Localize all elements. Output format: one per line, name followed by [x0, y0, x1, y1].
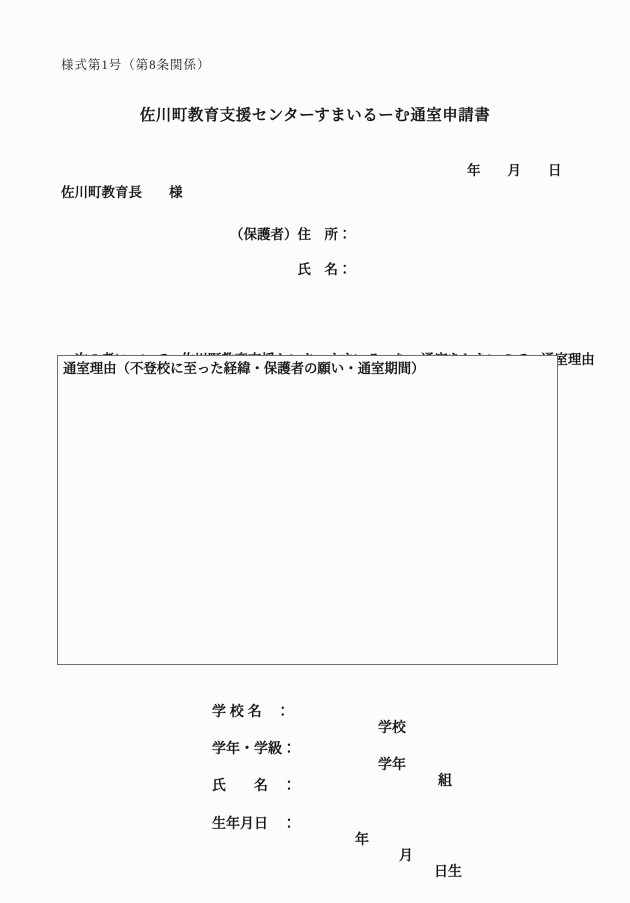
school-name-row: 学 校 名 ： 学校: [0, 685, 630, 703]
birthdate-row: 生年月日 ： 年 月 日生: [0, 797, 630, 815]
addressee: 佐川町教育長 様: [61, 181, 183, 201]
school-name-label: 学 校 名 ：: [212, 701, 290, 721]
birth-day-suffix: 日生: [434, 861, 462, 881]
grade-class-row: 学年・学級： 学年 組: [0, 722, 630, 740]
student-name-label: 氏 名 ：: [212, 775, 296, 795]
page-title: 佐川町教育支援センターすまいるーむ通室申請書: [0, 103, 630, 125]
birth-year-suffix: 年: [355, 829, 369, 849]
birthdate-label: 生年月日 ：: [212, 813, 296, 833]
form-number: 様式第1号（第8条関係）: [61, 55, 211, 73]
student-name-row: 氏 名 ：: [0, 759, 630, 777]
guardian-name-label: 氏 名：: [298, 258, 352, 278]
reason-box: 通室理由（不登校に至った経緯・保護者の願い・通室期間）: [57, 355, 558, 665]
guardian-prefix: （保護者）: [230, 223, 298, 243]
date-line: 年 月 日: [467, 159, 562, 179]
application-form-page: 様式第1号（第8条関係） 佐川町教育支援センターすまいるーむ通室申請書 年 月 …: [0, 0, 630, 903]
guardian-name-row: （保護者）氏 名：: [230, 258, 352, 278]
birth-month-suffix: 月: [399, 845, 413, 865]
reason-box-label: 通室理由（不登校に至った経緯・保護者の願い・通室期間）: [63, 358, 425, 377]
guardian-address-row: （保護者）住 所：: [230, 223, 352, 243]
grade-class-label: 学年・学級：: [212, 738, 296, 758]
guardian-address-label: 住 所：: [298, 223, 352, 243]
